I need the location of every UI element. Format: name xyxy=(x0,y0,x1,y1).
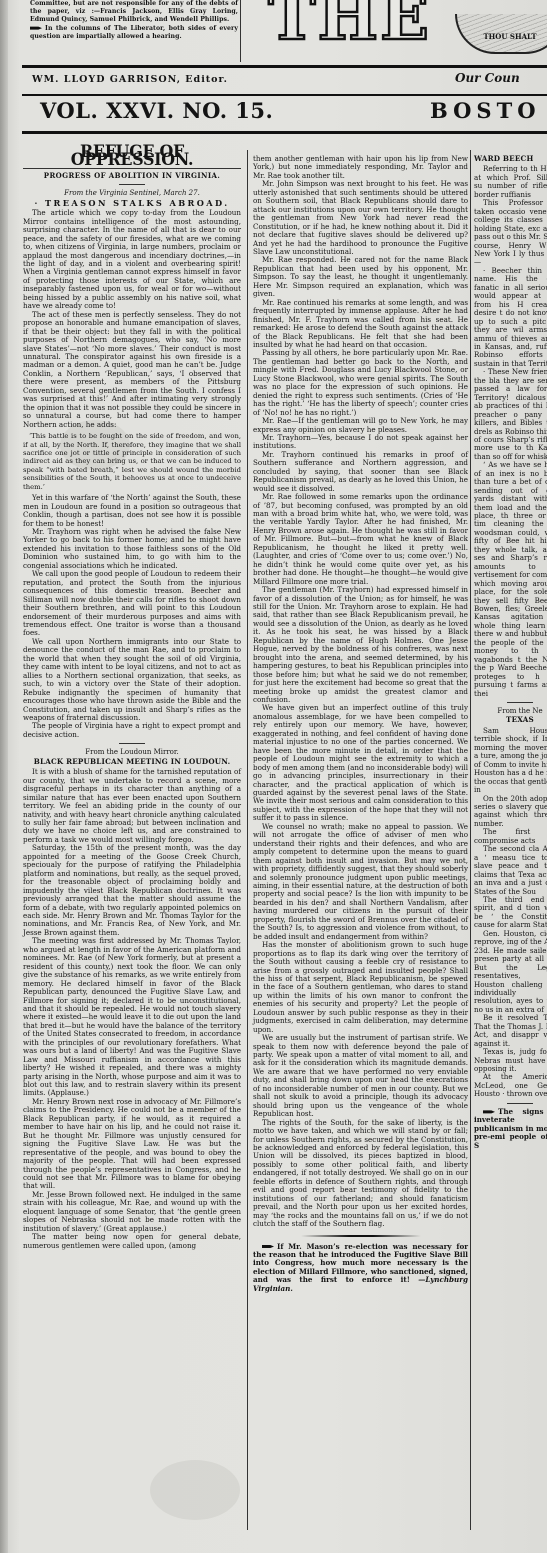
paragraph: At the Americ C. McLeod, one General Hou… xyxy=(474,1073,547,1098)
editorial-note: If Mr. Mason’s re-election was necessary… xyxy=(253,1243,468,1294)
paragraph: The third end and spirit, and d tion wou… xyxy=(474,896,547,930)
article-headline: WARD BEECH xyxy=(474,155,547,163)
volume-rule-top xyxy=(22,94,547,96)
paragraph: Referring to th Haven, at which Prof. Si… xyxy=(474,165,547,199)
column-1: REFUGE OF OPPRESSION. PROGRESS OF ABOLIT… xyxy=(23,148,241,1250)
paper-stain xyxy=(150,1460,240,1520)
short-rule xyxy=(507,1103,533,1104)
article-source: From the Ne xyxy=(474,707,547,715)
impartiality-notice: In the columns of The Liberator, both si… xyxy=(30,25,238,40)
short-rule xyxy=(507,702,533,703)
paragraph: them another gentleman with hair upon hi… xyxy=(253,155,468,180)
paragraph: We call upon Northern immigrants into ou… xyxy=(23,638,241,723)
paragraph: We are usually but the instrument of par… xyxy=(253,1034,468,1119)
paragraph: · These New friends of the bla they are … xyxy=(474,368,547,461)
pointing-hand-icon xyxy=(483,1109,495,1114)
paragraph: Mr. Rae followed in some remarks upon th… xyxy=(253,493,468,586)
paragraph: The people of Virginia have a right to e… xyxy=(23,722,241,739)
paragraph: The article which we copy to-day from th… xyxy=(23,209,241,310)
paragraph: Be it resolved Texas, That the Thomas J.… xyxy=(474,1014,547,1048)
banner-text: THOU SHALT xyxy=(483,32,536,41)
paragraph: ‘ As we have se hands of an inex is no b… xyxy=(474,461,547,698)
paragraph: Texas is, judg for the Nebras must have … xyxy=(474,1048,547,1073)
paragraph: On the 20th adopted a series o slavery q… xyxy=(474,795,547,829)
paragraph: Mr. Henry Brown next rose in advocacy of… xyxy=(23,1098,241,1191)
column-3-clip: WARD BEECH Referring to th Haven, at whi… xyxy=(472,150,547,1550)
paragraph: Sam Houston’s terrible shock, if In our … xyxy=(474,727,547,795)
paragraph: Mr. Trayhorn continued his remarks in pr… xyxy=(253,451,468,493)
article-headline: PROGRESS OF ABOLITION IN VIRGINIA. xyxy=(23,168,241,180)
paragraph: Mr. Rae continued his remarks at some le… xyxy=(253,299,468,350)
column-2: them another gentleman with hair upon hi… xyxy=(253,155,468,1293)
masthead-banner-scroll: THOU SHALT xyxy=(455,14,547,54)
paragraph: The meeting was first addressed by Mr. T… xyxy=(23,937,241,1098)
pointing-hand-icon xyxy=(262,1244,274,1249)
masthead-rule xyxy=(22,65,547,68)
paragraph: Has the monster of abolitionism grown to… xyxy=(253,941,468,1034)
volume-number: VOL. XXVI. NO. 15. xyxy=(40,98,273,123)
paragraph: Mr. Rae responded. He cared not for the … xyxy=(253,256,468,298)
committee-notice: Committee, but are not responsible for a… xyxy=(30,0,238,25)
article-source: From the Virginia Sentinel, March 27. xyxy=(23,189,241,197)
paragraph: Saturday, the 15th of the present month,… xyxy=(23,844,241,937)
paragraph: The matter being now open for general de… xyxy=(23,1233,241,1250)
paragraph: The first appr compromise acts xyxy=(474,828,547,845)
article-source: From the Loudoun Mirror. xyxy=(23,748,241,756)
editor-credit: WM. LLOYD GARRISON, Editor. xyxy=(32,74,228,85)
paragraph: Yet in this warfare of ‘the North’ again… xyxy=(23,494,241,528)
paragraph: Mr. John Simpson was next brought to his… xyxy=(253,180,468,256)
paragraph: The gentleman (Mr. Trayhorn) had express… xyxy=(253,586,468,704)
page-edge-shadow xyxy=(0,0,8,1553)
paragraph: Mr. Trayhorn—Yes, because I do not speak… xyxy=(253,434,468,451)
paragraph: Mr. Jesse Brown followed next. He indulg… xyxy=(23,1191,241,1233)
short-rule xyxy=(119,743,145,744)
column-rule-1 xyxy=(247,150,248,1530)
masthead-notice: Committee, but are not responsible for a… xyxy=(30,0,238,41)
paragraph: Mr. Rae—If the gentleman will go to New … xyxy=(253,417,468,434)
column-rule-2 xyxy=(470,150,471,1530)
paragraph: Gen. Houston, cidedly reprove, ing of th… xyxy=(474,930,547,1015)
paragraph: We call upon the good people of Loudoun … xyxy=(23,570,241,638)
paragraph: We have given but an imperfect outline o… xyxy=(253,704,468,822)
article-headline: BLACK REPUBLICAN MEETING IN LOUDOUN. xyxy=(23,758,241,766)
article-kicker: · TREASON STALKS ABROAD. xyxy=(23,199,241,207)
short-rule xyxy=(119,184,145,185)
paragraph: This Professor has taken occasio venerat… xyxy=(474,199,547,267)
paragraph: The rights of the South, for the sake of… xyxy=(253,1119,468,1229)
paragraph: It is with a blush of shame for the tarn… xyxy=(23,768,241,844)
paragraph: Passing by all others, he bore particula… xyxy=(253,349,468,417)
ornamental-rule xyxy=(301,1235,421,1237)
masthead-divider xyxy=(240,0,241,62)
masthead-motto: Our Coun xyxy=(455,71,520,85)
newspaper-page: Committee, but are not responsible for a… xyxy=(0,0,547,1553)
paragraph: The act of these men is perfectly sensel… xyxy=(23,311,241,429)
paragraph: Mr. Trayhorn was right when he advised t… xyxy=(23,528,241,570)
column-3: WARD BEECH Referring to th Haven, at whi… xyxy=(474,155,547,1150)
paragraph: We counsel no wrath; make no appeal to p… xyxy=(253,823,468,941)
section-title: REFUGE OF OPPRESSION. xyxy=(27,148,236,165)
pointing-hand-icon xyxy=(30,26,42,31)
paragraph: The second cla Act as a ‘ measu tice to … xyxy=(474,845,547,896)
block-quote: ‘This battle is to be fought on the side… xyxy=(23,432,241,491)
editorial-note: The signs the inveterate f publicanism i… xyxy=(474,1108,547,1150)
volume-rule-bottom xyxy=(22,131,547,134)
article-headline: TEXAS xyxy=(474,716,547,724)
paragraph: · Beecher thin good name. His the crazy … xyxy=(474,267,547,368)
masthead-title: THE xyxy=(268,0,431,58)
city-dateline: BOSTO xyxy=(430,98,541,123)
